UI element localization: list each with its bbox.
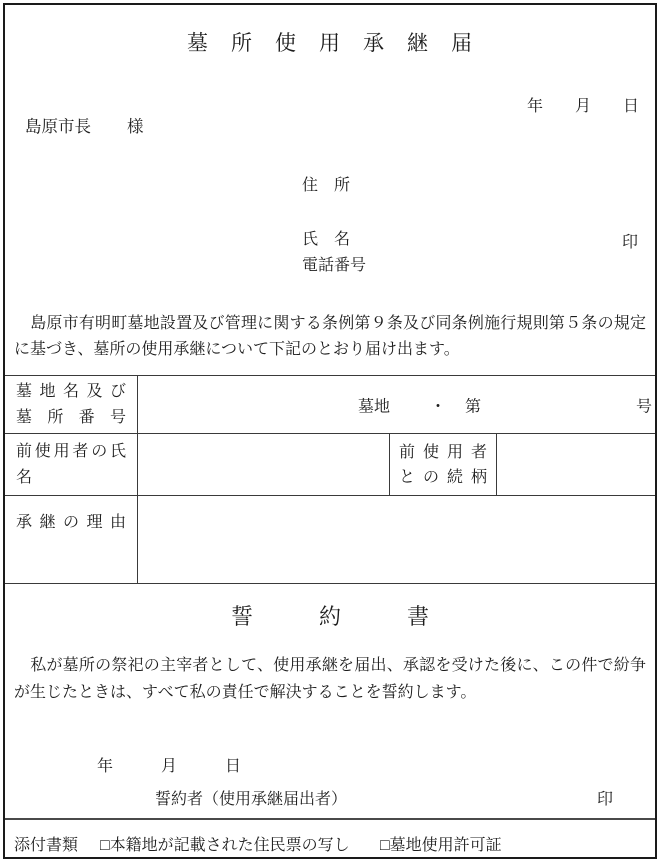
pledge-date-line: 年 月 日 [97, 753, 241, 776]
succession-reason-label: 承 継 の 理 由 [5, 496, 138, 583]
pledge-paragraph: 私が墓所の祭祀の主宰者として、使用承継を届出、承認を受けた後に、この件で紛争が生… [14, 652, 646, 706]
form-table: 墓 地 名 及 び 墓 所 番 号 墓地 ・ 第 号 前使用者の氏名 前 使 用… [5, 375, 655, 584]
grave-number-dot-text: ・ [430, 393, 446, 416]
attachment-checkbox-use-permit: □墓地使用許可証 [380, 832, 502, 855]
attachments-label: 添付書類 [14, 832, 78, 855]
grave-number-label-line1: 墓 地 名 及 び [16, 379, 126, 405]
addressee-honorific: 様 [127, 117, 144, 136]
name-label: 氏 名 [302, 226, 350, 249]
grave-number-label: 墓 地 名 及 び 墓 所 番 号 [5, 376, 138, 433]
grave-number-cemetery-text: 墓地 [358, 393, 390, 416]
date-line-top: 年 月 日 [527, 93, 639, 116]
grave-number-value-cell: 墓地 ・ 第 号 [138, 376, 655, 433]
table-row-previous-user: 前使用者の氏名 前 使 用 者 と の 続 柄 [5, 434, 655, 496]
seal-mark-top: 印 [622, 229, 638, 252]
succession-reason-value-cell [138, 496, 655, 583]
attachment-checkbox-residence-copy: □本籍地が記載された住民票の写し [100, 832, 350, 855]
grave-number-dai-text: 第 [465, 393, 481, 416]
table-row-grave-number: 墓 地 名 及 び 墓 所 番 号 墓地 ・ 第 号 [5, 376, 655, 434]
relation-label-line2: と の 続 柄 [399, 465, 487, 490]
relation-value-cell [497, 434, 655, 495]
pledge-signer-label: 誓約者（使用承継届出者） [155, 786, 347, 809]
relation-label-line1: 前 使 用 者 [399, 440, 487, 465]
pledge-heading: 誓 約 書 [5, 600, 655, 631]
addressee-name: 島原市長 [25, 117, 91, 136]
address-label: 住 所 [302, 172, 350, 195]
intro-paragraph: 島原市有明町墓地設置及び管理に関する条例第９条及び同条例施行規則第５条の規定に基… [14, 311, 646, 363]
previous-user-value-cell [138, 434, 390, 495]
previous-user-label: 前使用者の氏名 [5, 434, 138, 495]
addressee-line: 島原市長様 [25, 113, 144, 137]
form-page: 墓 所 使 用 承 継 届 年 月 日 島原市長様 住 所 氏 名 印 電話番号… [3, 3, 657, 859]
form-title: 墓 所 使 用 承 継 届 [5, 27, 655, 57]
phone-label: 電話番号 [302, 252, 366, 275]
grave-number-gou-text: 号 [636, 393, 652, 416]
attachments-row: 添付書類 □本籍地が記載された住民票の写し □墓地使用許可証 [5, 818, 655, 857]
table-row-succession-reason: 承 継 の 理 由 [5, 496, 655, 584]
grave-number-label-line2: 墓 所 番 号 [16, 405, 126, 431]
relation-label: 前 使 用 者 と の 続 柄 [390, 434, 497, 495]
seal-mark-bottom: 印 [597, 786, 613, 809]
